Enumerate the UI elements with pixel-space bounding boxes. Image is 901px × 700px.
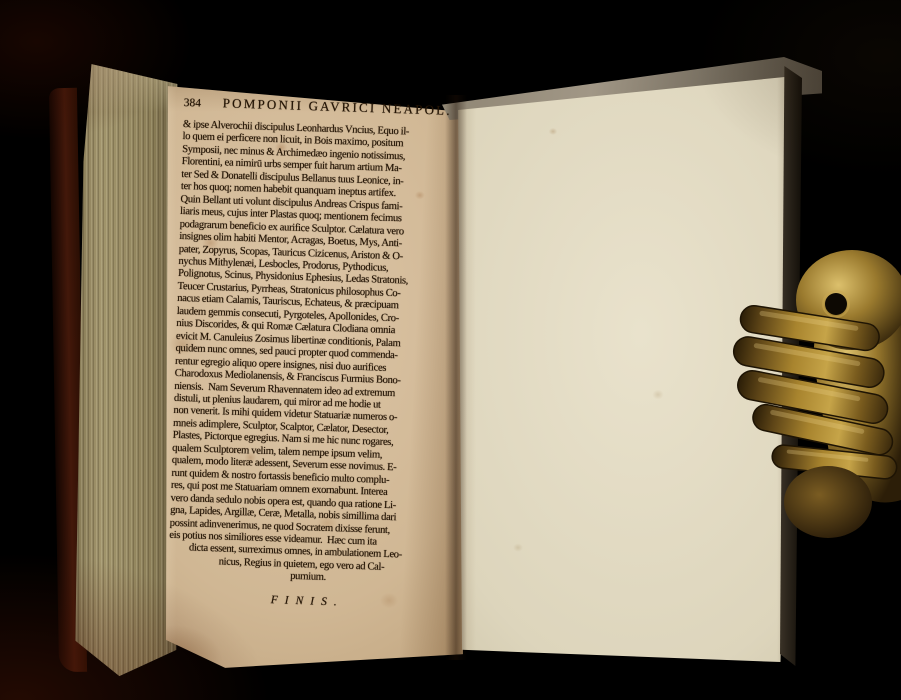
hand-hole: [825, 293, 847, 315]
brass-hand-sculpture: [700, 238, 901, 548]
book-fore-edge-pages: [66, 56, 182, 678]
page-number: 384: [184, 97, 202, 110]
page-header: 384 POMPONII GAVRICI NEAPOL.: [183, 94, 463, 119]
running-title: POMPONII GAVRICI NEAPOL.: [211, 95, 464, 119]
left-page-text: 384 POMPONII GAVRICI NEAPOL. & ipse Alve…: [167, 94, 464, 612]
hand-base-knob: [784, 466, 872, 538]
body-text: & ipse Alverochii discipulus Leonhardus …: [169, 119, 463, 551]
photo-antique-book: 384 POMPONII GAVRICI NEAPOL. & ipse Alve…: [0, 0, 901, 700]
